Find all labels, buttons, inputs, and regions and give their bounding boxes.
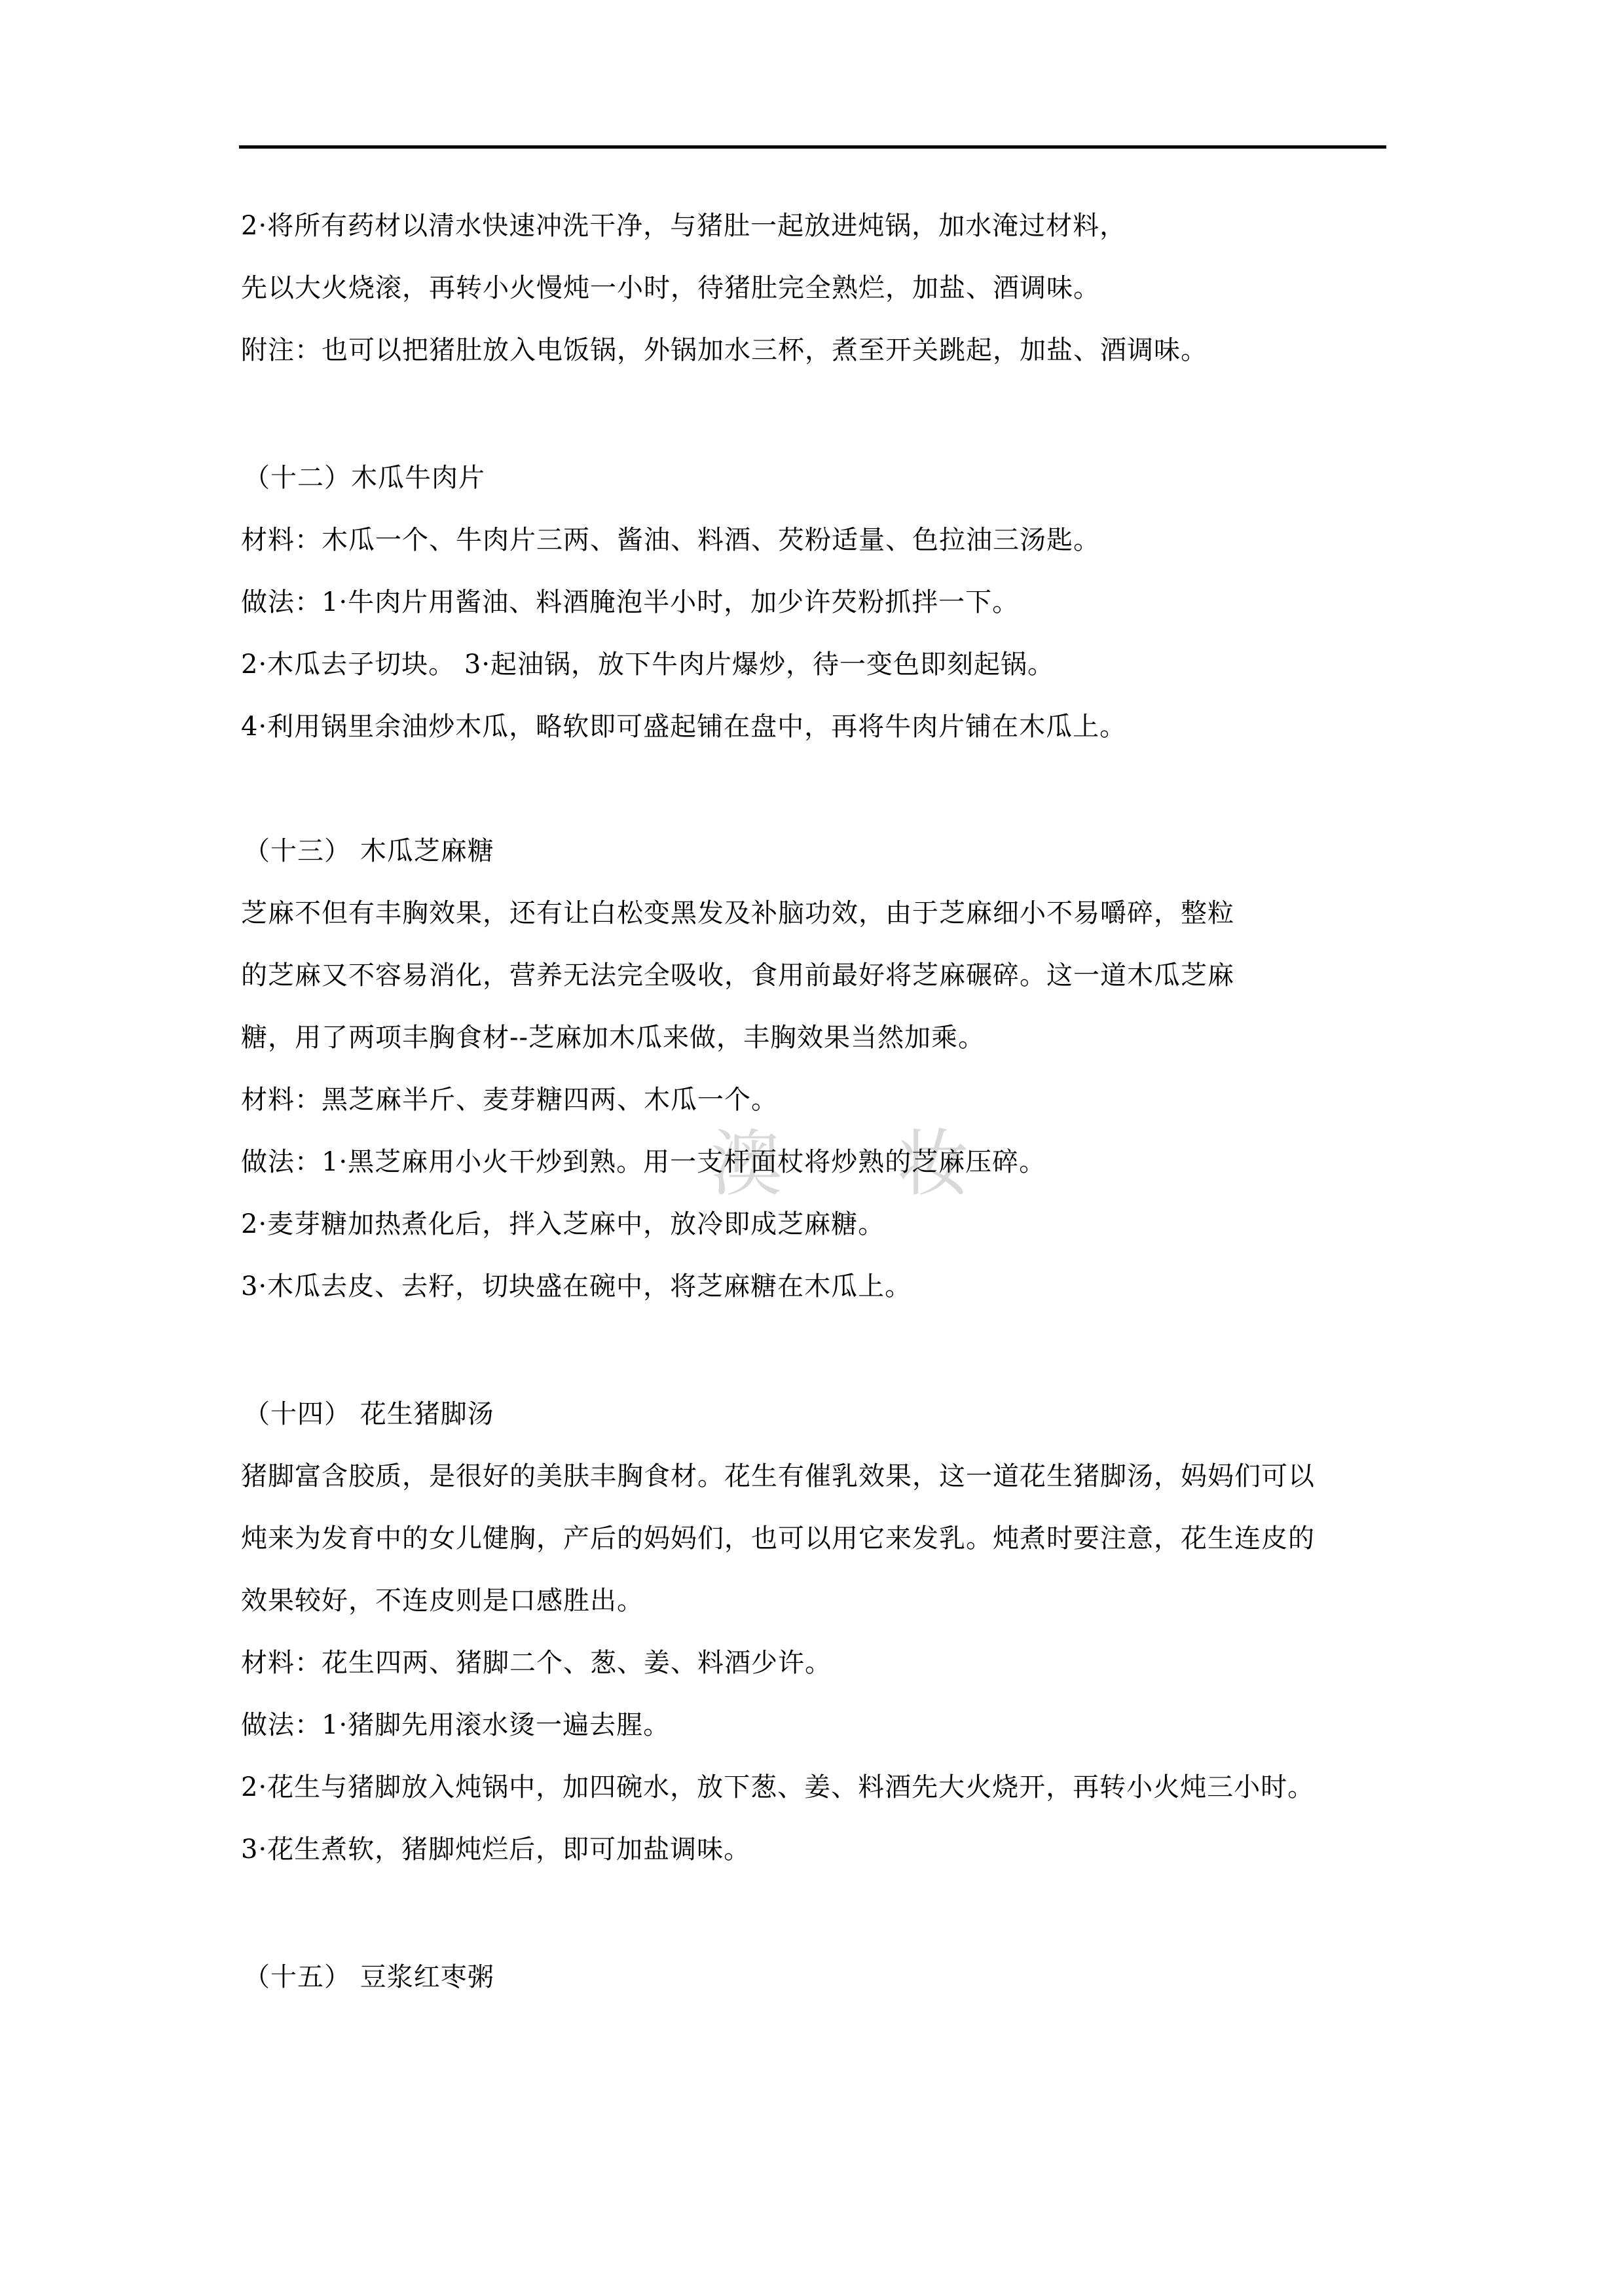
paragraph-line: 2·麦芽糖加热煮化后，拌入芝麻中，放冷即成芝麻糖。 — [241, 1207, 885, 1241]
paragraph-line: 做法：1·牛肉片用酱油、料酒腌泡半小时，加少许芡粉抓拌一下。 — [241, 585, 1019, 619]
paragraph-line: 糖，用了两项丰胸食材--芝麻加木瓜来做，丰胸效果当然加乘。 — [241, 1021, 985, 1055]
paragraph-line: 效果较好，不连皮则是口感胜出。 — [241, 1584, 644, 1618]
section-heading-13: （十三） 木瓜芝麻糖 — [244, 834, 494, 868]
paragraph-line: 材料：木瓜一个、牛肉片三两、酱油、料酒、芡粉适量、色拉油三汤匙。 — [241, 523, 1100, 557]
paragraph-line: 芝麻不但有丰胸效果，还有让白松变黑发及补脑功效，由于芝麻细小不易嚼碎，整粒 — [241, 896, 1234, 930]
paragraph-line: 先以大火烧滚，再转小火慢炖一小时，待猪肚完全熟烂，加盐、酒调味。 — [241, 271, 1100, 305]
section-heading-15: （十五） 豆浆红枣粥 — [244, 1960, 494, 1994]
paragraph-line: 炖来为发育中的女儿健胸，产后的妈妈们，也可以用它来发乳。炖煮时要注意，花生连皮的 — [241, 1522, 1315, 1556]
paragraph-line: 材料：黑芝麻半斤、麦芽糖四两、木瓜一个。 — [241, 1083, 778, 1117]
paragraph-line: 2·花生与猪脚放入炖锅中，加四碗水，放下葱、姜、料酒先大火烧开，再转小火炖三小时… — [241, 1770, 1314, 1804]
paragraph-line: 2·木瓜去子切块。 3·起油锅，放下牛肉片爆炒，待一变色即刻起锅。 — [241, 647, 1054, 682]
section-heading-14: （十四） 花生猪脚汤 — [244, 1397, 494, 1431]
paragraph-line: 4·利用锅里余油炒木瓜，略软即可盛起铺在盘中，再将牛肉片铺在木瓜上。 — [241, 710, 1126, 744]
document-page: 澳 妆 2·将所有药材以清水快速冲洗干净，与猪肚一起放进炖锅，加水淹过材料， 先… — [0, 0, 1624, 2296]
paragraph-line: 3·木瓜去皮、去籽，切块盛在碗中，将芝麻糖在木瓜上。 — [241, 1269, 912, 1303]
paragraph-line: 材料：花生四两、猪脚二个、葱、姜、料酒少许。 — [241, 1646, 832, 1680]
paragraph-line: 附注：也可以把猪肚放入电饭锅，外锅加水三杯，煮至开关跳起，加盐、酒调味。 — [241, 333, 1208, 367]
paragraph-line: 3·花生煮软，猪脚炖烂后，即可加盐调味。 — [241, 1832, 750, 1867]
paragraph-line: 做法：1·黑芝麻用小火干炒到熟。用一支杆面杖将炒熟的芝麻压碎。 — [241, 1145, 1046, 1179]
header-rule — [239, 145, 1386, 149]
paragraph-line: 做法：1·猪脚先用滚水烫一遍去腥。 — [241, 1708, 670, 1742]
paragraph-line: 猪脚富含胶质，是很好的美肤丰胸食材。花生有催乳效果，这一道花生猪脚汤，妈妈们可以 — [241, 1459, 1315, 1493]
paragraph-line: 2·将所有药材以清水快速冲洗干净，与猪肚一起放进炖锅，加水淹过材料， — [241, 209, 1126, 243]
section-heading-12: （十二）木瓜牛肉片 — [244, 461, 485, 495]
paragraph-line: 的芝麻又不容易消化，营养无法完全吸收，食用前最好将芝麻碾碎。这一道木瓜芝麻 — [241, 958, 1234, 993]
